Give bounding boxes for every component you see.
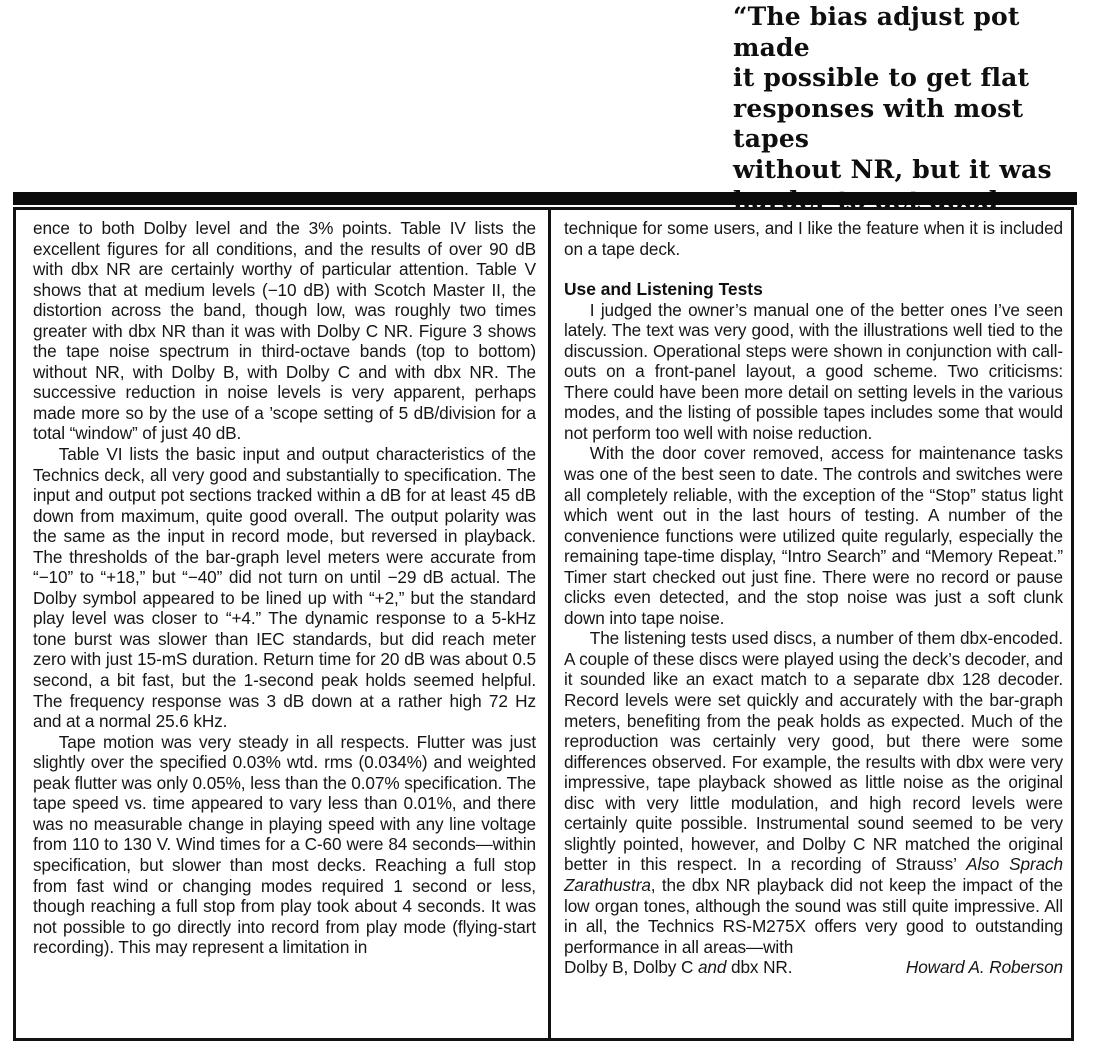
closing-line: Dolby B, Dolby C and dbx NR. Howard A. R… (564, 957, 1063, 978)
magazine-page: “The bias adjust pot madeit possible to … (0, 0, 1095, 1049)
paragraph: I judged the owner’s manual one of the b… (564, 300, 1063, 444)
top-rule (13, 192, 1077, 205)
byline: Howard A. Roberson (906, 957, 1063, 978)
section-heading: Use and Listening Tests (564, 279, 1063, 300)
paragraph-continuation: technique for some users, and I like the… (564, 218, 1063, 259)
paragraph: With the door cover removed, access for … (564, 443, 1063, 628)
paragraph: The listening tests used discs, a number… (564, 628, 1063, 957)
paragraph: Table VI lists the basic input and outpu… (33, 444, 536, 732)
right-column: technique for some users, and I like the… (551, 210, 1071, 1038)
article-box: ence to both Dolby level and the 3% poin… (13, 207, 1074, 1041)
closing-text: Dolby B, Dolby C and dbx NR. (564, 957, 792, 978)
left-column: ence to both Dolby level and the 3% poin… (16, 210, 548, 1038)
paragraph-continuation: ence to both Dolby level and the 3% poin… (33, 218, 536, 444)
paragraph: Tape motion was very steady in all respe… (33, 732, 536, 958)
